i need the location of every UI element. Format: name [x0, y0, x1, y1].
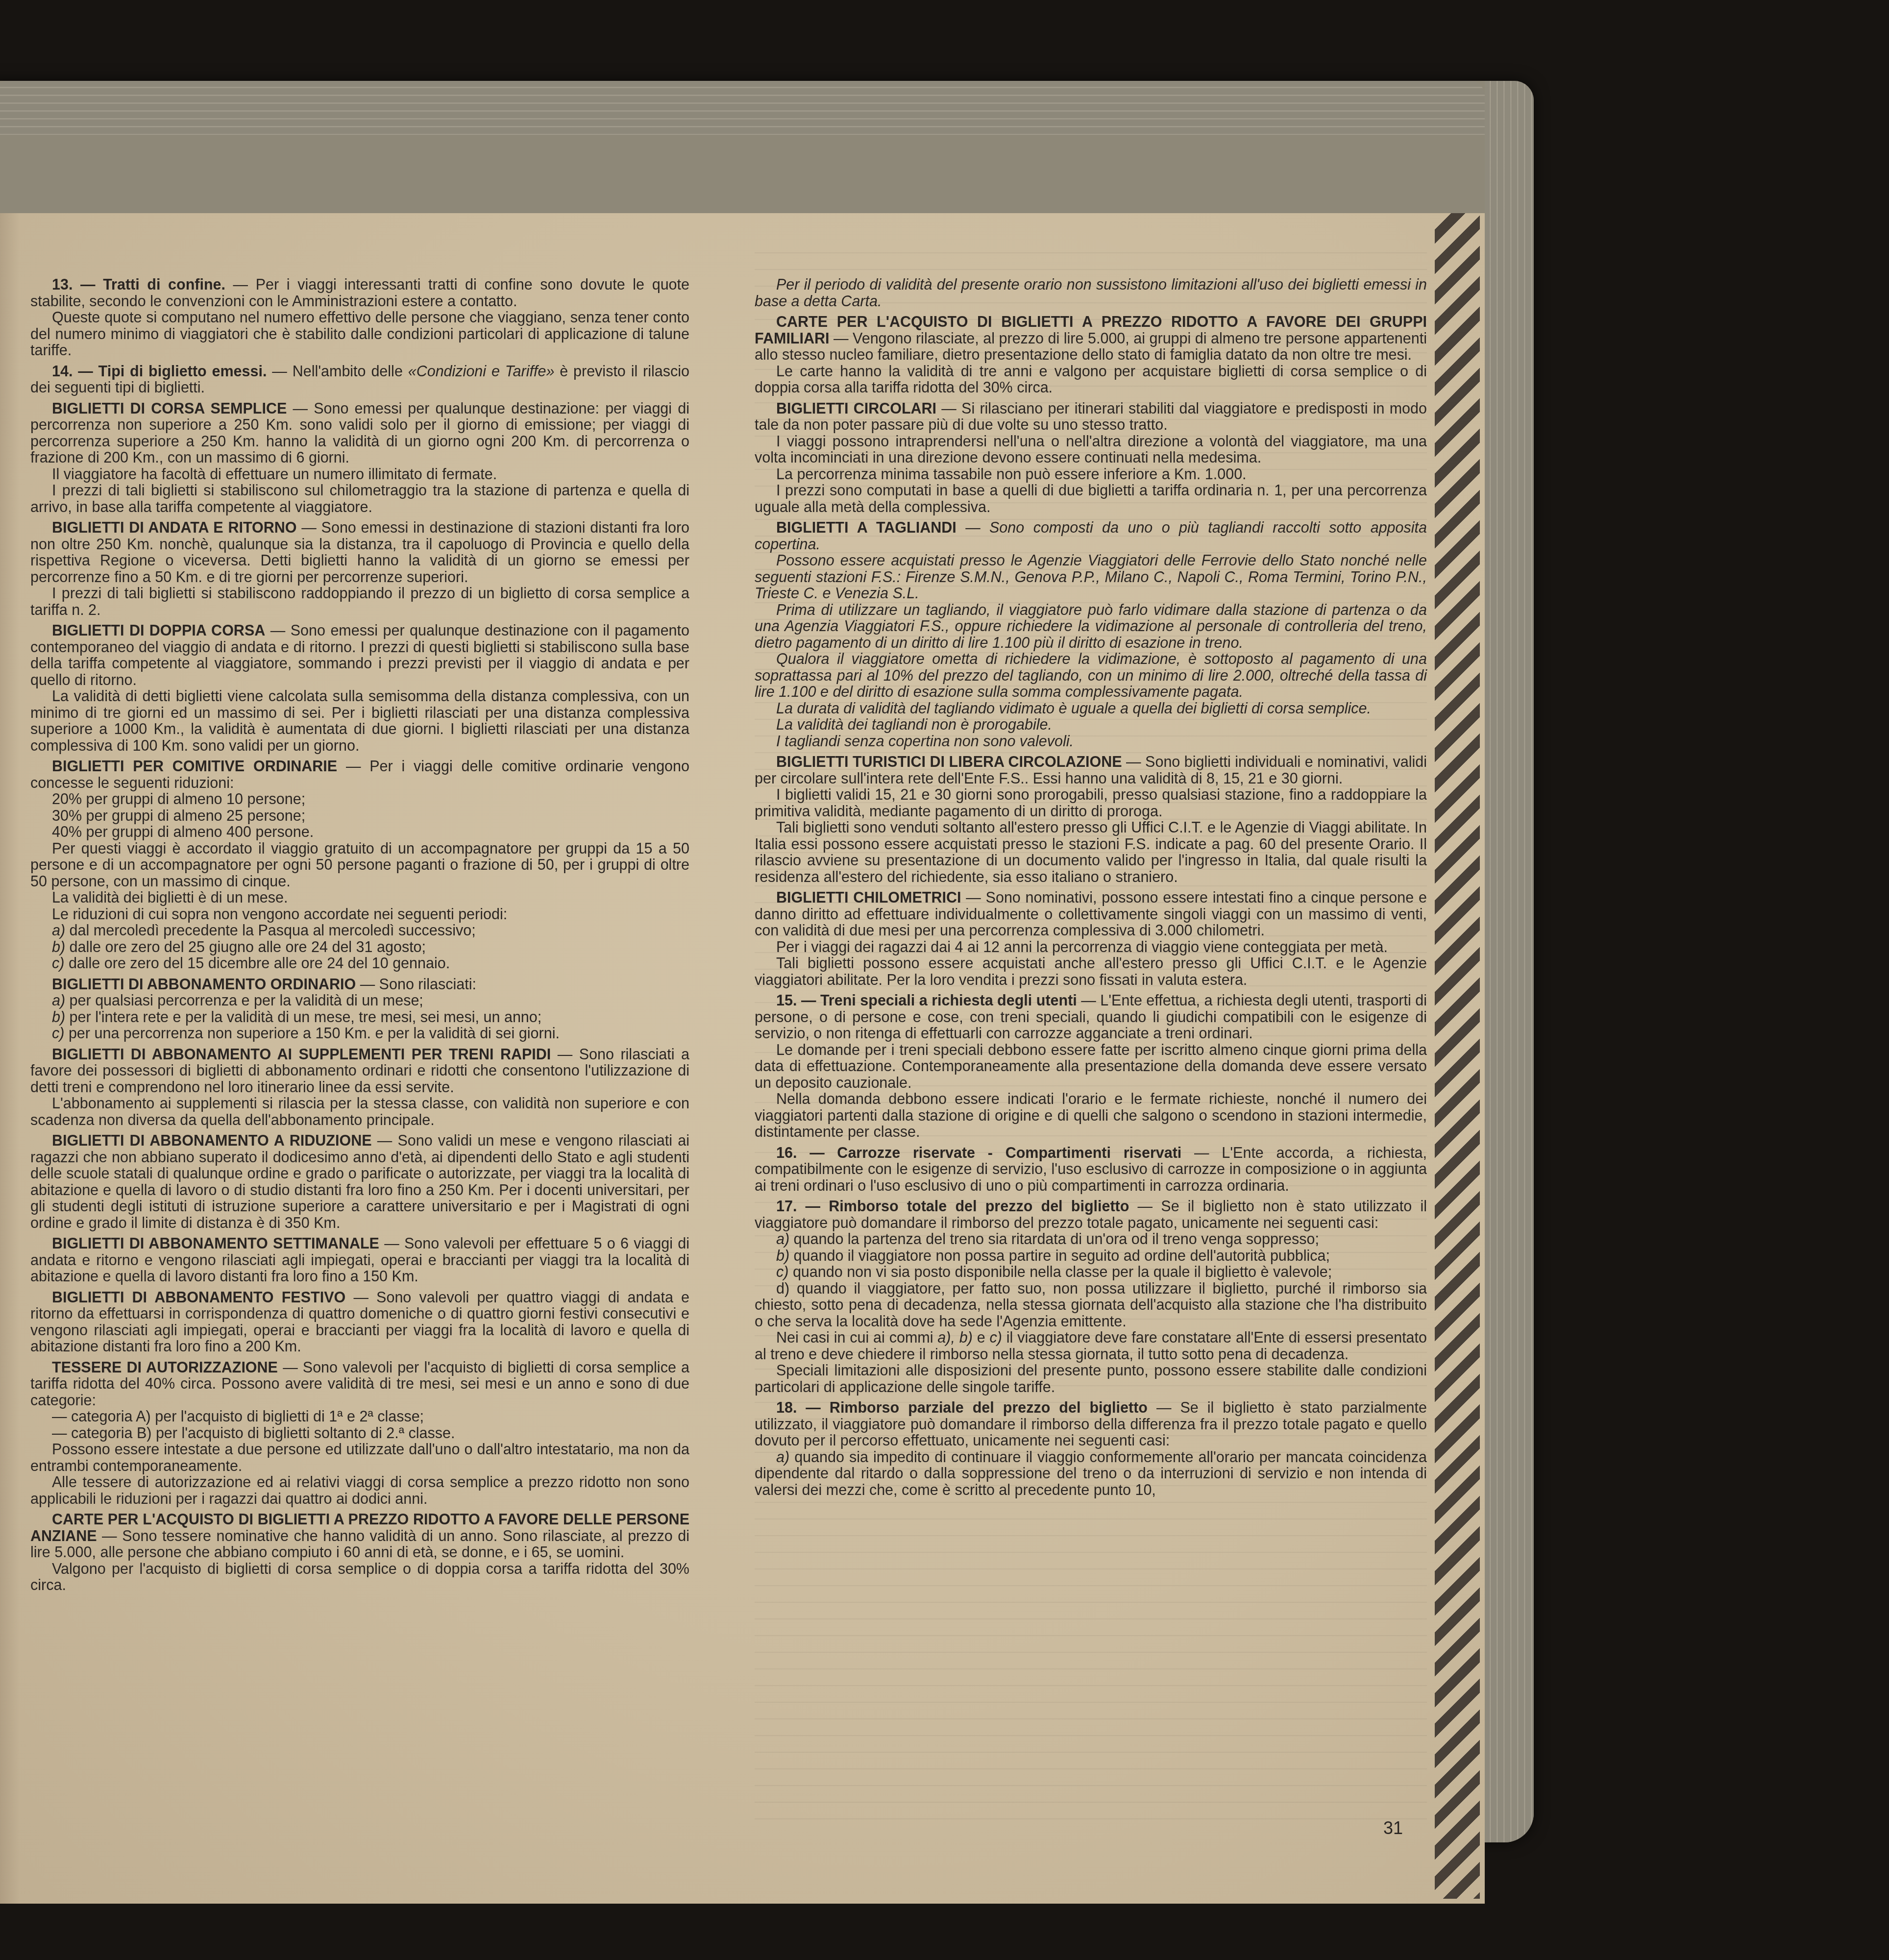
paragraph-text: Tali biglietti possono essere acquistati… — [755, 955, 1427, 988]
section-heading: BIGLIETTI TURISTICI DI LIBERA CIRCOLAZIO… — [776, 754, 1122, 770]
paragraph: a) per qualsiasi percorrenza e per la va… — [30, 993, 689, 1009]
paragraph: La validità dei biglietti è di un mese. — [30, 890, 689, 906]
paragraph: La validità di detti biglietti viene cal… — [30, 688, 689, 754]
paragraph: b) dalle ore zero del 25 giugno alle ore… — [30, 939, 689, 956]
paragraph-text: d) quando il viaggiatore, per fatto suo,… — [755, 1280, 1427, 1330]
printed-page: 13. — Tratti di confine. — Per i viaggi … — [0, 213, 1485, 1904]
paragraph: La durata di validità del tagliando vidi… — [755, 701, 1427, 717]
paragraph-text: a) — [776, 1231, 789, 1248]
paragraph: Tali biglietti possono essere acquistati… — [755, 955, 1427, 988]
paragraph: La validità dei tagliandi non è prorogab… — [755, 717, 1427, 734]
paragraph: Qualora il viaggiatore ometta di richied… — [755, 651, 1427, 701]
paragraph-text: — Sono tessere nominative che hanno vali… — [30, 1528, 689, 1561]
paragraph: 18. — Rimborso parziale del prezzo del b… — [755, 1400, 1427, 1449]
paragraph-text: per una percorrenza non superiore a 150 … — [64, 1025, 559, 1042]
paragraph: c) dalle ore zero del 15 dicembre alle o… — [30, 955, 689, 972]
paragraph: Per il periodo di validità del presente … — [755, 277, 1427, 310]
paragraph-text: — categoria B) per l'acquisto di bigliet… — [52, 1425, 455, 1442]
paragraph-text: Prima di utilizzare un tagliando, il via… — [755, 602, 1427, 651]
paragraph-text: b) — [52, 1009, 65, 1026]
paragraph-text: b) — [52, 939, 65, 955]
paragraph-text: La durata di validità del tagliando vidi… — [776, 700, 1371, 717]
section-heading: 15. — Treni speciali a richiesta degli u… — [776, 992, 1077, 1009]
paragraph: Possono essere intestate a due persone e… — [30, 1442, 689, 1474]
paragraph-text: — categoria A) per l'acquisto di bigliet… — [52, 1408, 424, 1425]
paragraph-text: Qualora il viaggiatore ometta di richied… — [755, 651, 1427, 700]
paragraph-text: c) — [52, 955, 64, 972]
section-heading: BIGLIETTI DI ANDATA E RITORNO — [52, 519, 296, 536]
paragraph-text: — Vengono rilasciate, al prezzo di lire … — [755, 330, 1427, 364]
paragraph: a) quando la partenza del treno sia rita… — [755, 1231, 1427, 1248]
paragraph: Nei casi in cui ai commi a), b) e c) il … — [755, 1330, 1427, 1363]
paragraph: Tali biglietti sono venduti soltanto all… — [755, 820, 1427, 885]
paragraph: BIGLIETTI DI CORSA SEMPLICE — Sono emess… — [30, 401, 689, 466]
section-heading: BIGLIETTI PER COMITIVE ORDINARIE — [52, 758, 337, 775]
section-heading: BIGLIETTI CIRCOLARI — [776, 400, 936, 417]
paragraph: BIGLIETTI DI ABBONAMENTO AI SUPPLEMENTI … — [30, 1047, 689, 1096]
section-heading: 13. — Tratti di confine. — [52, 276, 225, 293]
paragraph: I prezzi sono computati in base a quelli… — [755, 483, 1427, 515]
paragraph-text: I prezzi sono computati in base a quelli… — [755, 482, 1427, 515]
section-heading: BIGLIETTI DI ABBONAMENTO SETTIMANALE — [52, 1235, 379, 1252]
paragraph: CARTE PER L'ACQUISTO DI BIGLIETTI A PREZ… — [30, 1512, 689, 1561]
paragraph-text: a) — [52, 922, 65, 939]
paragraph-text: I biglietti validi 15, 21 e 30 giorni so… — [755, 786, 1427, 820]
paragraph-text: La percorrenza minima tassabile non può … — [776, 466, 1247, 483]
paragraph-text: quando la partenza del treno sia ritarda… — [789, 1231, 1319, 1248]
paragraph: Speciali limitazioni alle disposizioni d… — [755, 1363, 1427, 1396]
paragraph-text: c) — [776, 1264, 788, 1280]
paragraph-text: dal mercoledì precedente la Pasqua al me… — [65, 922, 476, 939]
paragraph-text: 40% per gruppi di almeno 400 persone. — [52, 824, 314, 840]
paragraph-text: Tali biglietti sono venduti soltanto all… — [755, 819, 1427, 885]
paragraph-text: Possono essere intestate a due persone e… — [30, 1441, 689, 1474]
paragraph: BIGLIETTI DI ABBONAMENTO A RIDUZIONE — S… — [30, 1133, 689, 1231]
section-heading: 17. — Rimborso totale del prezzo del big… — [776, 1198, 1129, 1215]
paragraph: 14. — Tipi di biglietto emessi. — Nell'a… — [30, 364, 689, 396]
paragraph: 30% per gruppi di almeno 25 persone; — [30, 808, 689, 825]
paragraph: BIGLIETTI DI ANDATA E RITORNO — Sono eme… — [30, 520, 689, 586]
paragraph-text: L'abbonamento ai supplementi si rilascia… — [30, 1095, 689, 1128]
left-column: 13. — Tratti di confine. — Per i viaggi … — [30, 277, 689, 1594]
paragraph: BIGLIETTI TURISTICI DI LIBERA CIRCOLAZIO… — [755, 754, 1427, 787]
paragraph: BIGLIETTI DI ABBONAMENTO ORDINARIO — Son… — [30, 977, 689, 993]
paragraph: Valgono per l'acquisto di biglietti di c… — [30, 1561, 689, 1594]
paragraph: BIGLIETTI CIRCOLARI — Si rilasciano per … — [755, 401, 1427, 434]
section-heading: 14. — Tipi di biglietto emessi. — [52, 363, 267, 380]
paragraph-text: c) — [52, 1025, 64, 1042]
section-heading: TESSERE DI AUTORIZZAZIONE — [52, 1359, 278, 1376]
paragraph-text: c) — [990, 1329, 1002, 1346]
paragraph-text: Le riduzioni di cui sopra non vengono ac… — [52, 906, 507, 923]
paragraph-text: quando non vi sia posto disponibile nell… — [788, 1264, 1332, 1280]
section-heading: 18. — Rimborso parziale del prezzo del b… — [776, 1399, 1148, 1416]
paragraph: 40% per gruppi di almeno 400 persone. — [30, 824, 689, 841]
section-heading: BIGLIETTI DI ABBONAMENTO ORDINARIO — [52, 976, 356, 993]
paragraph-text: «Condizioni e Tariffe» — [408, 363, 555, 380]
paragraph-text: e — [973, 1329, 990, 1346]
paragraph-text: Per questi viaggi è accordato il viaggio… — [30, 840, 689, 890]
section-heading: 16. — Carrozze riservate - Compartimenti… — [776, 1145, 1181, 1161]
section-heading: BIGLIETTI DI CORSA SEMPLICE — [52, 400, 287, 417]
section-heading: BIGLIETTI DI ABBONAMENTO AI SUPPLEMENTI … — [52, 1046, 551, 1063]
section-heading: BIGLIETTI DI DOPPIA CORSA — [52, 622, 265, 639]
paragraph-text: La validità di detti biglietti viene cal… — [30, 688, 689, 754]
page-edges-right — [1485, 81, 1534, 1842]
right-column: Per il periodo di validità del presente … — [755, 277, 1427, 1498]
paragraph-text: b) — [776, 1248, 789, 1264]
paragraph: 17. — Rimborso totale del prezzo del big… — [755, 1199, 1427, 1231]
paragraph-text: 30% per gruppi di almeno 25 persone; — [52, 808, 305, 824]
paragraph: BIGLIETTI CHILOMETRICI — Sono nominativi… — [755, 890, 1427, 939]
section-heading: BIGLIETTI A TAGLIANDI — [776, 519, 957, 536]
paragraph: Possono essere acquistati presso le Agen… — [755, 553, 1427, 602]
paragraph-text: Per il periodo di validità del presente … — [755, 276, 1427, 310]
page-number: 31 — [1383, 1818, 1403, 1838]
paragraph: I prezzi di tali biglietti si stabilisco… — [30, 483, 689, 515]
section-heading: BIGLIETTI DI ABBONAMENTO A RIDUZIONE — [52, 1132, 372, 1149]
paragraph: Alle tessere di autorizzazione ed ai rel… — [30, 1474, 689, 1507]
paragraph-text: Valgono per l'acquisto di biglietti di c… — [30, 1561, 689, 1594]
paragraph: b) quando il viaggiatore non possa parti… — [755, 1248, 1427, 1265]
paragraph-text: quando il viaggiatore non possa partire … — [789, 1248, 1330, 1264]
paragraph: c) per una percorrenza non superiore a 1… — [30, 1026, 689, 1042]
paragraph-text: I prezzi di tali biglietti si stabilisco… — [30, 585, 689, 618]
paragraph-text: La validità dei tagliandi non è prorogab… — [776, 716, 1052, 733]
paragraph: c) quando non vi sia posto disponibile n… — [755, 1264, 1427, 1281]
paragraph: — categoria B) per l'acquisto di bigliet… — [30, 1425, 689, 1442]
paragraph-text: dalle ore zero del 25 giugno alle ore 24… — [65, 939, 426, 955]
thumb-index-stripes — [1435, 213, 1480, 1899]
paragraph: Per i viaggi dei ragazzi dai 4 ai 12 ann… — [755, 939, 1427, 956]
paragraph: I viaggi possono intraprendersi nell'una… — [755, 434, 1427, 466]
paragraph: BIGLIETTI PER COMITIVE ORDINARIE — Per i… — [30, 759, 689, 791]
paragraph: I prezzi di tali biglietti si stabilisco… — [30, 586, 689, 618]
paragraph: Il viaggiatore ha facoltà di effettuare … — [30, 466, 689, 483]
paragraph: I tagliandi senza copertina non sono val… — [755, 734, 1427, 750]
paragraph-text: Possono essere acquistati presso le Agen… — [755, 552, 1427, 602]
book: 13. — Tratti di confine. — Per i viaggi … — [0, 81, 1534, 1842]
paragraph: 15. — Treni speciali a richiesta degli u… — [755, 993, 1427, 1042]
paragraph: TESSERE DI AUTORIZZAZIONE — Sono valevol… — [30, 1360, 689, 1409]
paragraph-text: — Sono rilasciati: — [356, 976, 476, 993]
paragraph: d) quando il viaggiatore, per fatto suo,… — [755, 1281, 1427, 1330]
paragraph: BIGLIETTI DI DOPPIA CORSA — Sono emessi … — [30, 623, 689, 688]
paragraph: Per questi viaggi è accordato il viaggio… — [30, 841, 689, 890]
paragraph: — categoria A) per l'acquisto di bigliet… — [30, 1409, 689, 1425]
paragraph: I biglietti validi 15, 21 e 30 giorni so… — [755, 787, 1427, 820]
paragraph-text: Il viaggiatore ha facoltà di effettuare … — [52, 466, 497, 483]
paragraph-text: per l'intera rete e per la validità di u… — [65, 1009, 541, 1026]
paragraph: 16. — Carrozze riservate - Compartimenti… — [755, 1145, 1427, 1195]
paragraph-text: Queste quote si computano nel numero eff… — [30, 309, 689, 359]
paragraph: Nella domanda debbono essere indicati l'… — [755, 1091, 1427, 1141]
paragraph-text: La validità dei biglietti è di un mese. — [52, 889, 288, 906]
paragraph-text: Le domande per i treni speciali debbono … — [755, 1042, 1427, 1091]
paragraph: Le carte hanno la validità di tre anni e… — [755, 364, 1427, 396]
paragraph-text: quando sia impedito di continuare il via… — [755, 1449, 1427, 1498]
paragraph: BIGLIETTI A TAGLIANDI — Sono composti da… — [755, 520, 1427, 553]
paragraph-text: a) — [776, 1449, 789, 1466]
paragraph: b) per l'intera rete e per la validità d… — [30, 1009, 689, 1026]
paragraph-text: — — [957, 519, 989, 536]
paragraph-text: a), b) — [937, 1329, 973, 1346]
paragraph: BIGLIETTI DI ABBONAMENTO FESTIVO — Sono … — [30, 1290, 689, 1355]
paragraph: a) quando sia impedito di continuare il … — [755, 1449, 1427, 1499]
paragraph: 13. — Tratti di confine. — Per i viaggi … — [30, 277, 689, 310]
section-heading: BIGLIETTI CHILOMETRICI — [776, 889, 961, 906]
paragraph-text: Per i viaggi dei ragazzi dai 4 ai 12 ann… — [776, 939, 1388, 955]
paragraph: BIGLIETTI DI ABBONAMENTO SETTIMANALE — S… — [30, 1236, 689, 1285]
paragraph-text: Nei casi in cui ai commi — [776, 1329, 937, 1346]
paragraph: L'abbonamento ai supplementi si rilascia… — [30, 1096, 689, 1128]
paragraph-text: Speciali limitazioni alle disposizioni d… — [755, 1362, 1427, 1396]
page-edges-top — [0, 81, 1485, 135]
paragraph: La percorrenza minima tassabile non può … — [755, 466, 1427, 483]
paragraph-text: 20% per gruppi di almeno 10 persone; — [52, 791, 305, 808]
section-heading: BIGLIETTI DI ABBONAMENTO FESTIVO — [52, 1289, 345, 1306]
paragraph: 20% per gruppi di almeno 10 persone; — [30, 791, 689, 808]
paragraph-text: I prezzi di tali biglietti si stabilisco… — [30, 482, 689, 515]
paragraph-text: I tagliandi senza copertina non sono val… — [776, 733, 1074, 750]
paragraph-text: I viaggi possono intraprendersi nell'una… — [755, 433, 1427, 466]
paragraph: Queste quote si computano nel numero eff… — [30, 310, 689, 359]
paragraph: Prima di utilizzare un tagliando, il via… — [755, 602, 1427, 652]
paragraph-text: dalle ore zero del 15 dicembre alle ore … — [64, 955, 450, 972]
paragraph-text: per qualsiasi percorrenza e per la valid… — [65, 992, 423, 1009]
paragraph-text: Le carte hanno la validità di tre anni e… — [755, 363, 1427, 396]
paragraph: CARTE PER L'ACQUISTO DI BIGLIETTI A PREZ… — [755, 314, 1427, 364]
paragraph-text: Nella domanda debbono essere indicati l'… — [755, 1091, 1427, 1140]
paragraph-text: — Nell'ambito delle — [267, 363, 408, 380]
paragraph-text: a) — [52, 992, 65, 1009]
paragraph: Le riduzioni di cui sopra non vengono ac… — [30, 906, 689, 923]
paragraph: a) dal mercoledì precedente la Pasqua al… — [30, 923, 689, 939]
paragraph-text: Alle tessere di autorizzazione ed ai rel… — [30, 1474, 689, 1507]
paragraph: Le domande per i treni speciali debbono … — [755, 1042, 1427, 1092]
